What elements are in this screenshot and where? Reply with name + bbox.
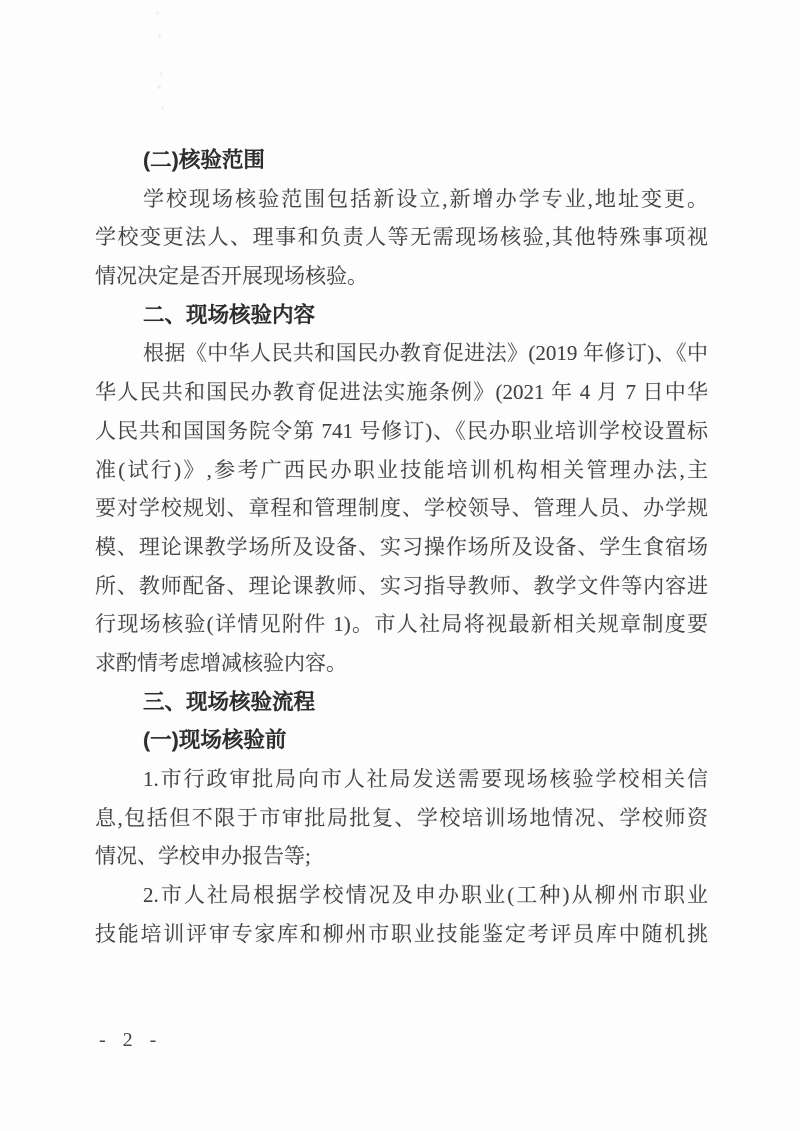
heading-line: (二)核验范围 bbox=[95, 141, 708, 180]
heading-line: 二、现场核验内容 bbox=[95, 296, 708, 335]
heading-line: 三、现场核验流程 bbox=[95, 683, 708, 722]
text-line: 华人民共和国民办教育促进法实施条例》(2021 年 4 月 7 日中华 bbox=[95, 373, 708, 412]
text-line: 情况、学校申办报告等; bbox=[95, 837, 708, 876]
text-line: 模、理论课教学场所及设备、实习操作场所及设备、学生食宿场 bbox=[95, 528, 708, 567]
text-line: 所、教师配备、理论课教师、实习指导教师、教学文件等内容进 bbox=[95, 567, 708, 606]
text-line: 求酌情考虑增减核验内容。 bbox=[95, 644, 708, 683]
scan-artifact bbox=[161, 105, 164, 110]
scanned-document-page: (二)核验范围学校现场核验范围包括新设立,新增办学专业,地址变更。学校变更法人、… bbox=[0, 0, 800, 1131]
text-line: 2.市人社局根据学校情况及申办职业(工种)从柳州市职业 bbox=[95, 876, 708, 915]
text-line: 息,包括但不限于市审批局批复、学校培训场地情况、学校师资 bbox=[95, 799, 708, 838]
scan-artifact bbox=[160, 72, 162, 76]
document-body: (二)核验范围学校现场核验范围包括新设立,新增办学专业,地址变更。学校变更法人、… bbox=[95, 141, 708, 953]
text-line: 技能培训评审专家库和柳州市职业技能鉴定考评员库中随机挑 bbox=[95, 915, 708, 954]
text-line: 情况决定是否开展现场核验。 bbox=[95, 257, 708, 296]
text-line: 准(试行)》,参考广西民办职业技能培训机构相关管理办法,主 bbox=[95, 451, 708, 490]
scan-artifact bbox=[158, 33, 161, 38]
text-line: 要对学校规划、章程和管理制度、学校领导、管理人员、办学规 bbox=[95, 489, 708, 528]
text-line: 学校变更法人、理事和负责人等无需现场核验,其他特殊事项视 bbox=[95, 218, 708, 257]
text-line: 人民共和国国务院令第 741 号修订)、《民办职业培训学校设置标 bbox=[95, 412, 708, 451]
scan-artifact bbox=[156, 11, 159, 15]
text-line: 1.市行政审批局向市人社局发送需要现场核验学校相关信 bbox=[95, 760, 708, 799]
text-line: 行现场核验(详情见附件 1)。市人社局将视最新相关规章制度要 bbox=[95, 605, 708, 644]
page-number: - 2 - bbox=[99, 1025, 162, 1055]
scan-artifact bbox=[157, 85, 161, 89]
text-line: 根据《中华人民共和国民办教育促进法》(2019 年修订)、《中 bbox=[95, 334, 708, 373]
text-line: 学校现场核验范围包括新设立,新增办学专业,地址变更。 bbox=[95, 180, 708, 219]
heading-line: (一)现场核验前 bbox=[95, 721, 708, 760]
